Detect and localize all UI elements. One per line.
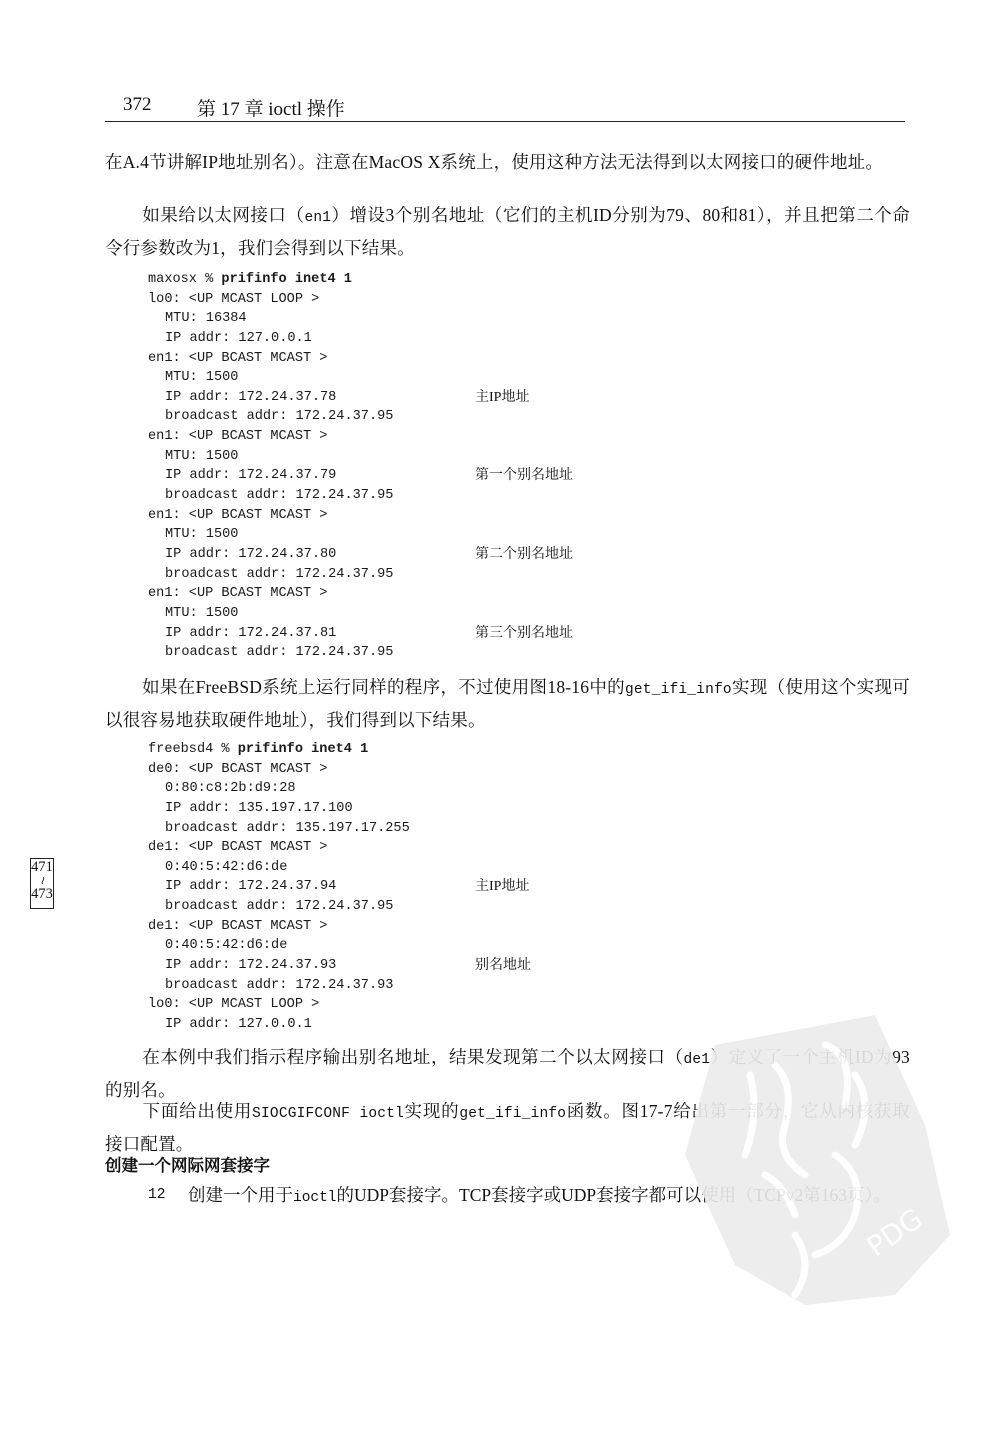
output-text: IP addr: 135.197.17.100 [165,801,353,816]
text-run: 创建一个用于 [188,1185,293,1205]
output-line: en1: <UP BCAST MCAST > [148,506,393,526]
output-text: de1: <UP BCAST MCAST > [148,919,327,934]
output-line: IP addr: 172.24.37.93别名地址 [148,956,410,976]
text-run: 如果给以太网接口（ [142,205,304,225]
output-line: 0:80:c8:2b:d9:28 [148,779,410,799]
item-number: 12 [148,1180,165,1210]
output-line: MTU: 16384 [148,309,393,329]
output-text: MTU: 1500 [165,370,238,385]
output-text: MTU: 1500 [165,606,238,621]
margin-ref-from: 471 [31,860,53,875]
output-text: MTU: 1500 [165,449,238,464]
annotation-note: 第三个别名地址 [475,624,573,644]
output-text: lo0: <UP MCAST LOOP > [148,292,319,307]
output-text: broadcast addr: 172.24.37.95 [165,488,393,503]
output-line: MTU: 1500 [148,368,393,388]
output-line: en1: <UP BCAST MCAST > [148,584,393,604]
code-block-freebsd: freebsd4 % prifinfo inet4 1de0: <UP BCAS… [148,740,410,1035]
chapter-title: 第 17 章 ioctl 操作 [197,94,345,121]
output-text: IP addr: 172.24.37.94 [165,879,336,894]
output-line: IP addr: 172.24.37.94主IP地址 [148,877,410,897]
output-line: 0:40:5:42:d6:de [148,936,410,956]
inline-code: get_ifi_info [459,1106,566,1122]
text-run: 实现的 [404,1101,459,1121]
output-text: en1: <UP BCAST MCAST > [148,508,327,523]
annotation-note: 主IP地址 [475,877,529,897]
output-line: IP addr: 172.24.37.79第一个别名地址 [148,466,393,486]
command-line: freebsd4 % prifinfo inet4 1 [148,740,410,760]
output-line: MTU: 1500 [148,525,393,545]
output-text: broadcast addr: 172.24.37.95 [165,899,393,914]
output-text: broadcast addr: 135.197.17.255 [165,821,410,836]
output-text: IP addr: 172.24.37.81 [165,626,336,641]
output-line: broadcast addr: 172.24.37.95 [148,407,393,427]
text-run: 下面给出使用 [142,1101,252,1121]
output-text: de1: <UP BCAST MCAST > [148,840,327,855]
output-text: 0:40:5:42:d6:de [165,860,287,875]
shell-command: prifinfo inet4 1 [238,742,369,757]
inline-code: ioctl [293,1190,337,1206]
text-run: 在A.4节讲解IP地址别名）。注意在MacOS X系统上，使用这种方法无法得到以… [105,152,883,172]
shell-command: prifinfo inet4 1 [221,272,352,287]
code-block-macos: maxosx % prifinfo inet4 1lo0: <UP MCAST … [148,270,393,663]
output-line: IP addr: 172.24.37.80第二个别名地址 [148,545,393,565]
output-line: IP addr: 172.24.37.78主IP地址 [148,388,393,408]
output-line: broadcast addr: 135.197.17.255 [148,819,410,839]
output-line: de1: <UP BCAST MCAST > [148,838,410,858]
output-text: de0: <UP BCAST MCAST > [148,762,327,777]
inline-code: get_ifi_info [625,682,732,698]
output-text: IP addr: 172.24.37.80 [165,547,336,562]
book-page: 372 第 17 章 ioctl 操作 在A.4节讲解IP地址别名）。注意在Ma… [0,0,983,1447]
output-text: 0:80:c8:2b:d9:28 [165,781,296,796]
margin-page-reference: 471 ≀ 473 [30,858,54,909]
inline-code: SIOCGIFCONF ioctl [252,1106,404,1122]
output-text: IP addr: 127.0.0.1 [165,331,312,346]
output-text: IP addr: 172.24.37.93 [165,958,336,973]
output-line: broadcast addr: 172.24.37.93 [148,976,410,996]
annotation-note: 第二个别名地址 [475,545,573,565]
paragraph-continuation: 在A.4节讲解IP地址别名）。注意在MacOS X系统上，使用这种方法无法得到以… [105,147,910,177]
output-line: IP addr: 127.0.0.1 [148,329,393,349]
output-text: MTU: 16384 [165,311,247,326]
annotation-note: 别名地址 [475,956,531,976]
shell-prompt: freebsd4 % [148,742,238,757]
annotation-note: 主IP地址 [475,388,529,408]
output-text: broadcast addr: 172.24.37.95 [165,409,393,424]
output-line: IP addr: 127.0.0.1 [148,1015,410,1035]
output-text: en1: <UP BCAST MCAST > [148,351,327,366]
output-text: broadcast addr: 172.24.37.93 [165,978,393,993]
output-text: MTU: 1500 [165,527,238,542]
output-line: broadcast addr: 172.24.37.95 [148,565,393,585]
output-line: en1: <UP BCAST MCAST > [148,349,393,369]
output-text: IP addr: 172.24.37.79 [165,468,336,483]
margin-ref-to: 473 [31,887,53,902]
text-run: 如果在FreeBSD系统上运行同样的程序，不过使用图18-16中的 [142,677,625,697]
page-number: 372 [123,94,152,116]
watermark-seal-icon: PDG [655,1005,955,1305]
output-text: broadcast addr: 172.24.37.95 [165,645,393,660]
output-line: broadcast addr: 172.24.37.95 [148,643,393,663]
output-line: en1: <UP BCAST MCAST > [148,427,393,447]
output-line: de1: <UP BCAST MCAST > [148,917,410,937]
output-line: MTU: 1500 [148,447,393,467]
output-text: en1: <UP BCAST MCAST > [148,586,327,601]
annotation-note: 第一个别名地址 [475,466,573,486]
output-line: lo0: <UP MCAST LOOP > [148,290,393,310]
output-line: lo0: <UP MCAST LOOP > [148,995,410,1015]
output-line: IP addr: 172.24.37.81第三个别名地址 [148,624,393,644]
output-text: IP addr: 127.0.0.1 [165,1017,312,1032]
paragraph-freebsd-intro: 如果在FreeBSD系统上运行同样的程序，不过使用图18-16中的get_ifi… [105,672,910,735]
header-rule [105,121,905,122]
output-line: broadcast addr: 172.24.37.95 [148,897,410,917]
command-line: maxosx % prifinfo inet4 1 [148,270,393,290]
output-line: MTU: 1500 [148,604,393,624]
output-text: en1: <UP BCAST MCAST > [148,429,327,444]
shell-prompt: maxosx % [148,272,221,287]
text-run: 在本例中我们指示程序输出别名地址，结果发现第二个以太网接口（ [142,1047,683,1067]
output-text: 0:40:5:42:d6:de [165,938,287,953]
inline-code: en1 [304,210,331,226]
output-text: broadcast addr: 172.24.37.95 [165,567,393,582]
output-line: de0: <UP BCAST MCAST > [148,760,410,780]
paragraph-alias-intro: 如果给以太网接口（en1）增设3个别名地址（它们的主机ID分别为79、80和81… [105,200,910,263]
running-head: 372 第 17 章 ioctl 操作 [105,92,905,120]
output-line: 0:40:5:42:d6:de [148,858,410,878]
section-heading: 创建一个网际网套接字 [105,1152,270,1176]
output-text: IP addr: 172.24.37.78 [165,390,336,405]
output-line: IP addr: 135.197.17.100 [148,799,410,819]
output-line: broadcast addr: 172.24.37.95 [148,486,393,506]
output-text: lo0: <UP MCAST LOOP > [148,997,319,1012]
